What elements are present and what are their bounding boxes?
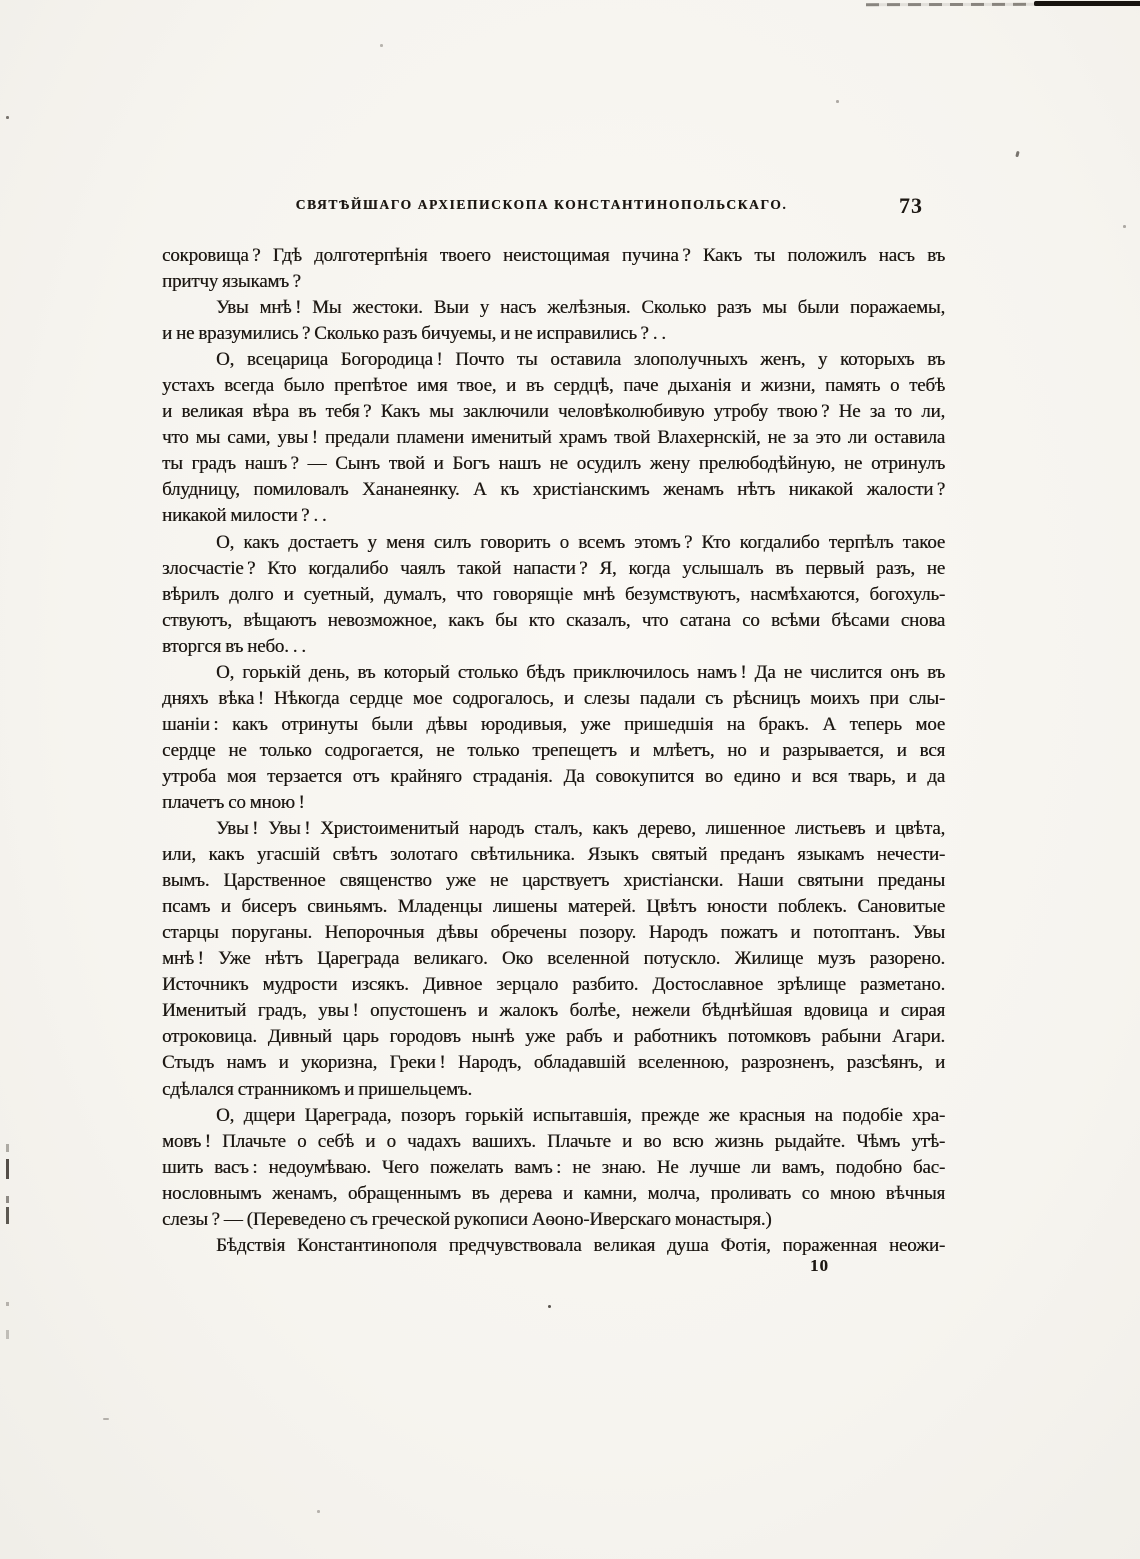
text-line: ствуютъ, вѣщаютъ невозможное, какъ бы кт… — [162, 608, 945, 634]
scan-artifact — [548, 1305, 551, 1308]
text-line: притчу языкамъ ? — [162, 269, 945, 295]
text-line: плачетъ со мною ! — [162, 790, 945, 816]
text-line: сокровища ? Гдѣ долготерпѣнія твоего неи… — [162, 243, 945, 269]
scan-artifact — [6, 1330, 9, 1339]
scan-artifact — [6, 116, 9, 119]
text-line: Увы ! Увы ! Христоименитый народъ сталъ,… — [162, 816, 945, 842]
text-line: вторгся въ небо. . . — [162, 634, 945, 660]
text-line: Бѣдствія Константинополя предчувствовала… — [162, 1233, 945, 1259]
text-line: Увы мнѣ ! Мы жестоки. Выи у насъ желѣзны… — [162, 295, 945, 321]
scan-artifact — [317, 1510, 320, 1513]
text-line: или, какъ угасшій свѣтъ золотаго свѣтиль… — [162, 842, 945, 868]
scan-artifact — [6, 1159, 9, 1179]
text-line: вѣрилъ долго и суетный, думалъ, что гово… — [162, 582, 945, 608]
text-line: О, какъ достаетъ у меня силъ говорить о … — [162, 530, 945, 556]
scan-artifact — [836, 100, 839, 103]
text-line: О, дщери Цареграда, позоръ горькій испыт… — [162, 1103, 945, 1129]
scan-artifact — [380, 44, 383, 47]
text-line: Источникъ мудрости изсякъ. Дивное зерцал… — [162, 972, 945, 998]
signature-mark: 10 — [810, 1256, 829, 1276]
text-line: никакой милости ? . . — [162, 503, 945, 529]
text-line: О, всецарица Богородица ! Почто ты остав… — [162, 347, 945, 373]
text-line: ты градъ нашъ ? — Сынъ твой и Богъ нашъ … — [162, 451, 945, 477]
text-line: мовъ ! Плачьте о себѣ и о чадахъ вашихъ.… — [162, 1129, 945, 1155]
text-line: утроба моя терзается отъ крайняго страда… — [162, 764, 945, 790]
text-line: блудницу, помиловалъ Хананеянку. А къ хр… — [162, 477, 945, 503]
scan-artifact — [6, 1196, 9, 1203]
text-line: и великая вѣра въ тебя ? Какъ мы заключи… — [162, 399, 945, 425]
text-line: псамъ и бисеръ свиньямъ. Младенцы лишены… — [162, 894, 945, 920]
scan-artifact — [1123, 225, 1126, 228]
text-line: О, горькій день, въ который столько бѣдъ… — [162, 660, 945, 686]
scanned-book-page: { "document": { "header": { "running_tit… — [0, 0, 1140, 1559]
scan-artifact — [103, 1418, 109, 1420]
running-title: СВЯТѢЙШАГО АРХІЕПИСКОПА КОНСТАНТИНОПОЛЬС… — [150, 197, 933, 213]
text-line: мнѣ ! Уже нѣтъ Цареграда великаго. Око в… — [162, 946, 945, 972]
text-line: старцы поруганы. Непорочныя дѣвы обречен… — [162, 920, 945, 946]
text-line: дняхъ вѣка ! Нѣкогда сердце мое содрогал… — [162, 686, 945, 712]
page-number: 73 — [899, 193, 923, 219]
scan-artifact — [1015, 151, 1019, 157]
body-text: сокровища ? Гдѣ долготерпѣнія твоего неи… — [162, 243, 945, 1259]
text-line: слезы ? — (Переведено съ греческой рукоп… — [162, 1207, 945, 1233]
text-line: что мы сами, увы ! предали пламени имени… — [162, 425, 945, 451]
scan-streak-artifact — [866, 3, 1042, 6]
text-line: Именитый градъ, увы ! опустошенъ и жалок… — [162, 998, 945, 1024]
text-line: злосчастіе ? Кто когдалибо чаялъ такой н… — [162, 556, 945, 582]
page-header: СВЯТѢЙШАГО АРХІЕПИСКОПА КОНСТАНТИНОПОЛЬС… — [162, 197, 945, 221]
text-line: сдѣлался странникомъ и пришельцемъ. — [162, 1077, 945, 1103]
text-line: Стыдъ намъ и укоризна, Греки ! Народъ, о… — [162, 1050, 945, 1076]
text-line: и не вразумились ? Сколько разъ бичуемы,… — [162, 321, 945, 347]
text-line: устахъ всегда было препѣтое имя твое, и … — [162, 373, 945, 399]
text-line: нословнымъ женамъ, обращеннымъ въ дерева… — [162, 1181, 945, 1207]
scan-artifact — [6, 1207, 9, 1224]
scan-streak-artifact — [1034, 1, 1140, 6]
text-line: вымъ. Царственное священство уже не царс… — [162, 868, 945, 894]
text-line: сердце не только содрогается, не только … — [162, 738, 945, 764]
text-line: шаніи : какъ отринуты были дѣвы юродивыя… — [162, 712, 945, 738]
text-line: отроковица. Дивный царь городовъ нынѣ уж… — [162, 1024, 945, 1050]
scan-artifact — [6, 1302, 9, 1306]
scan-artifact — [6, 1144, 9, 1152]
text-line: шить васъ : недоумѣваю. Чего пожелать ва… — [162, 1155, 945, 1181]
